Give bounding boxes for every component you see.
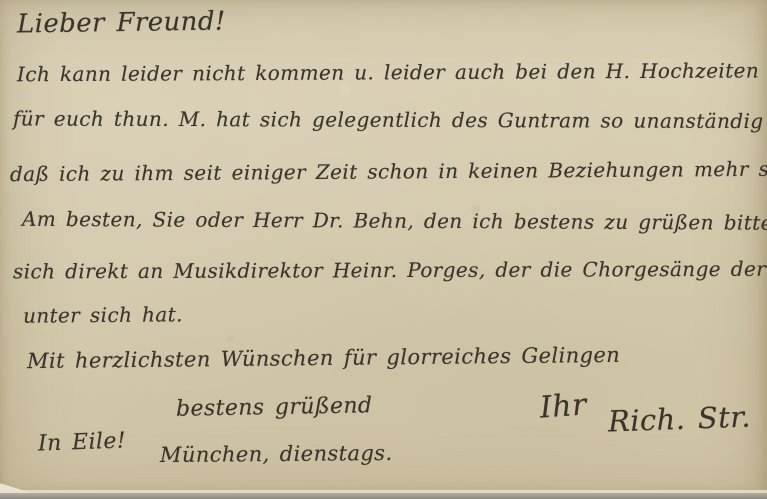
signature-name: Rich. Str. xyxy=(608,403,752,437)
closing-wishes-line: Mit herzlichsten Wünschen für glorreiche… xyxy=(27,345,620,372)
body-line-4: Am besten, Sie oder Herr Dr. Behn, den i… xyxy=(22,209,767,233)
signature-prefix: Ihr xyxy=(539,390,588,423)
closing-greeting-line: bestens grüßend xyxy=(176,395,373,420)
place-date-line: München, dienstags. xyxy=(160,443,393,466)
body-line-2: für euch thun. M. hat sich gelegentlich … xyxy=(13,108,767,131)
postcard-scan: Lieber Freund! Ich kann leider nicht kom… xyxy=(0,0,767,499)
body-line-3: daß ich zu ihm seit einiger Zeit schon i… xyxy=(10,158,767,184)
body-line-6: unter sich hat. xyxy=(23,304,183,325)
salutation-line: Lieber Freund! xyxy=(17,9,226,38)
haste-note: In Eile! xyxy=(38,430,127,455)
body-line-5: sich direkt an Musikdirektor Heinr. Porg… xyxy=(13,259,767,282)
scan-bottom-edge-shadow xyxy=(0,493,767,499)
body-line-1: Ich kann leider nicht kommen u. leider a… xyxy=(17,60,767,85)
